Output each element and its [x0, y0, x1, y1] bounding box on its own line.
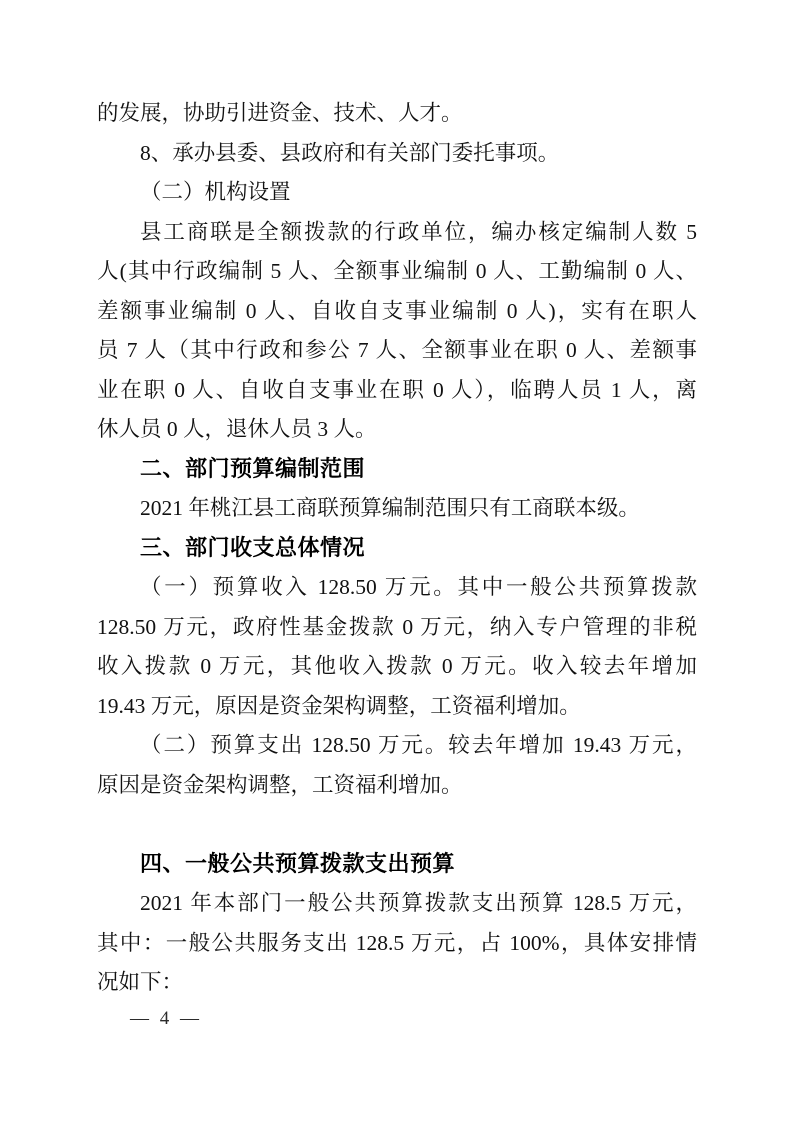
- text-line: 2021 年桃江县工商联预算编制范围只有工商联本级。: [97, 489, 697, 529]
- text-line: 业在职 0 人、自收自支事业在职 0 人），临聘人员 1 人，离: [97, 371, 697, 411]
- text-line: 19.43 万元，原因是资金架构调整，工资福利增加。: [97, 687, 697, 727]
- section-heading: 四、一般公共预算拨款支出预算: [97, 845, 697, 885]
- text-line: 其中：一般公共服务支出 128.5 万元，占 100%，具体安排情: [97, 924, 697, 964]
- text-line: 原因是资金架构调整，工资福利增加。: [97, 766, 697, 806]
- text-line: 县工商联是全额拨款的行政单位，编办核定编制人数 5: [97, 213, 697, 253]
- document-page: 的发展，协助引进资金、技术、人才。8、承办县委、县政府和有关部门委托事项。（二）…: [0, 0, 793, 1122]
- text-line: 8、承办县委、县政府和有关部门委托事项。: [97, 134, 697, 174]
- text-line: 人(其中行政编制 5 人、全额事业编制 0 人、工勤编制 0 人、: [97, 252, 697, 292]
- text-line: （二）预算支出 128.50 万元。较去年增加 19.43 万元，: [97, 726, 697, 766]
- text-line: 128.50 万元，政府性基金拨款 0 万元，纳入专户管理的非税: [97, 608, 697, 648]
- text-line: （二）机构设置: [97, 173, 697, 213]
- text-line: 收入拨款 0 万元，其他收入拨款 0 万元。收入较去年增加: [97, 647, 697, 687]
- text-line: 员 7 人（其中行政和参公 7 人、全额事业在职 0 人、差额事: [97, 331, 697, 371]
- document-body: 的发展，协助引进资金、技术、人才。8、承办县委、县政府和有关部门委托事项。（二）…: [97, 94, 697, 1003]
- section-heading: 三、部门收支总体情况: [97, 529, 697, 569]
- text-line: （一）预算收入 128.50 万元。其中一般公共预算拨款: [97, 568, 697, 608]
- text-line: 2021 年本部门一般公共预算拨款支出预算 128.5 万元，: [97, 884, 697, 924]
- text-line: 的发展，协助引进资金、技术、人才。: [97, 94, 697, 134]
- section-heading: 二、部门预算编制范围: [97, 450, 697, 490]
- text-line: 况如下：: [97, 963, 697, 1003]
- page-number: — 4 —: [130, 1008, 202, 1030]
- text-line: 休人员 0 人，退休人员 3 人。: [97, 410, 697, 450]
- text-line: 差额事业编制 0 人、自收自支事业编制 0 人)，实有在职人: [97, 292, 697, 332]
